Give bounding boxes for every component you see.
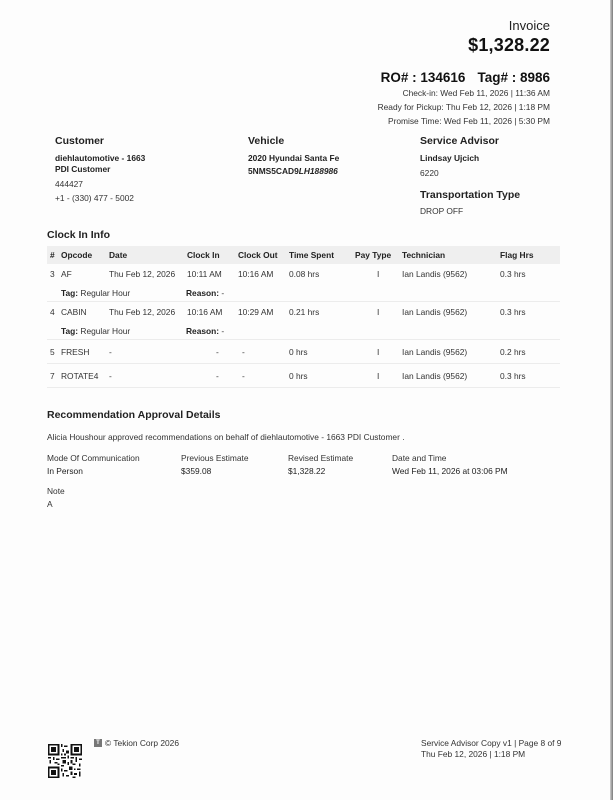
cell-clock-in: 10:11 AM — [187, 269, 238, 279]
tag-value: Regular Hour — [80, 326, 130, 336]
tag-row: Tag: Regular Hour Reason: - — [47, 284, 560, 302]
col-num: # — [47, 250, 61, 260]
cell-date: - — [109, 347, 187, 357]
cell-clock-out: - — [238, 347, 289, 357]
note-value: A — [47, 498, 532, 511]
previous-estimate: Previous Estimate $359.08 — [181, 452, 288, 478]
cell-num: 3 — [47, 269, 61, 279]
table-row: 7 ROTATE4 - - - 0 hrs I Ian Landis (9562… — [47, 364, 560, 388]
recommendation-title: Recommendation Approval Details — [47, 409, 220, 421]
table-row: 5 FRESH - - - 0 hrs I Ian Landis (9562) … — [47, 340, 560, 364]
vin-suffix: LH188986 — [299, 166, 338, 176]
transport-value: DROP OFF — [420, 205, 520, 217]
cell-date: Thu Feb 12, 2026 — [109, 269, 187, 279]
field-value: $359.08 — [181, 465, 288, 478]
col-pay-type: Pay Type — [355, 250, 402, 260]
cell-date: - — [109, 371, 187, 381]
col-time-spent: Time Spent — [289, 250, 355, 260]
copyright: T © Tekion Corp 2026 — [94, 738, 179, 748]
cell-opcode: FRESH — [61, 347, 109, 357]
cell-clock-in: - — [187, 371, 238, 381]
col-flag-hrs: Flag Hrs — [500, 250, 550, 260]
col-clock-in: Clock In — [187, 250, 238, 260]
cell-num: 7 — [47, 371, 61, 381]
reason-value: - — [221, 288, 224, 298]
customer-block: Customer diehlautomotive - 1663 PDI Cust… — [55, 135, 145, 204]
table-header: # Opcode Date Clock In Clock Out Time Sp… — [47, 246, 560, 264]
col-technician: Technician — [402, 250, 500, 260]
copyright-text: © Tekion Corp 2026 — [105, 738, 179, 748]
vehicle-vin: 5NMS5CAD9LH188986 — [248, 166, 339, 177]
cell-pay-type: I — [355, 307, 402, 317]
customer-phone: +1 - (330) 477 - 5002 — [55, 192, 145, 204]
transport-title: Transportation Type — [420, 189, 520, 202]
cell-time-spent: 0.08 hrs — [289, 269, 355, 279]
cell-time-spent: 0.21 hrs — [289, 307, 355, 317]
field-value: $1,328.22 — [288, 465, 392, 478]
tag-label: Tag: — [61, 288, 78, 298]
cell-flag-hrs: 0.3 hrs — [500, 307, 550, 317]
cell-date: Thu Feb 12, 2026 — [109, 307, 187, 317]
cell-flag-hrs: 0.3 hrs — [500, 269, 550, 279]
check-in: Check-in: Wed Feb 11, 2026 | 11:36 AM — [378, 86, 550, 100]
cell-clock-out: 10:16 AM — [238, 269, 289, 279]
col-opcode: Opcode — [61, 250, 109, 260]
field-value: In Person — [47, 465, 181, 478]
cell-pay-type: I — [355, 371, 402, 381]
cell-opcode: ROTATE4 — [61, 371, 109, 381]
ready-for-pickup: Ready for Pickup: Thu Feb 12, 2026 | 1:1… — [378, 100, 550, 114]
cell-clock-in: 10:16 AM — [187, 307, 238, 317]
mode-of-communication: Mode Of Communication In Person — [47, 452, 181, 478]
vehicle-title: Vehicle — [248, 135, 339, 148]
cell-opcode: AF — [61, 269, 109, 279]
revised-estimate: Revised Estimate $1,328.22 — [288, 452, 392, 478]
advisor-name: Lindsay Ujcich — [420, 153, 520, 164]
vin-prefix: 5NMS5CAD9 — [248, 166, 299, 176]
cell-clock-out: 10:29 AM — [238, 307, 289, 317]
reason-label: Reason: — [186, 326, 219, 336]
table-row: 4 CABIN Thu Feb 12, 2026 10:16 AM 10:29 … — [47, 302, 560, 322]
cell-clock-in: - — [187, 347, 238, 357]
field-label: Date and Time — [392, 452, 532, 465]
advisor-id: 6220 — [420, 167, 520, 179]
cell-time-spent: 0 hrs — [289, 371, 355, 381]
note: Note A — [47, 485, 532, 511]
qr-code-icon — [48, 742, 82, 780]
recommendation-block: Alicia Houshour approved recommendations… — [47, 431, 532, 511]
cell-technician: Ian Landis (9562) — [402, 269, 500, 279]
tag-number: Tag# : 8986 — [477, 70, 550, 85]
field-label: Previous Estimate — [181, 452, 288, 465]
reason: Reason: - — [186, 288, 224, 298]
table-row: 3 AF Thu Feb 12, 2026 10:11 AM 10:16 AM … — [47, 264, 560, 284]
col-date: Date — [109, 250, 187, 260]
reason: Reason: - — [186, 326, 224, 336]
footer-right: Service Advisor Copy v1 | Page 8 of 9 Th… — [421, 738, 561, 760]
cell-technician: Ian Landis (9562) — [402, 347, 500, 357]
vehicle-block: Vehicle 2020 Hyundai Santa Fe 5NMS5CAD9L… — [248, 135, 339, 177]
field-label: Mode Of Communication — [47, 452, 181, 465]
doc-type: Invoice — [378, 18, 550, 34]
cell-technician: Ian Landis (9562) — [402, 371, 500, 381]
service-advisor-block: Service Advisor Lindsay Ujcich 6220 Tran… — [420, 135, 520, 217]
invoice-amount: $1,328.22 — [378, 34, 550, 56]
cell-pay-type: I — [355, 347, 402, 357]
cell-flag-hrs: 0.3 hrs — [500, 371, 550, 381]
clock-in-title: Clock In Info — [47, 229, 110, 241]
cell-num: 5 — [47, 347, 61, 357]
vehicle-model: 2020 Hyundai Santa Fe — [248, 153, 339, 164]
field-value: Wed Feb 11, 2026 at 03:06 PM — [392, 465, 532, 478]
cell-flag-hrs: 0.2 hrs — [500, 347, 550, 357]
cell-clock-out: - — [238, 371, 289, 381]
ro-number: RO# : 134616 — [381, 70, 466, 85]
tekion-logo-icon: T — [94, 739, 102, 747]
cell-opcode: CABIN — [61, 307, 109, 317]
ro-tag-line: RO# : 134616Tag# : 8986 — [378, 69, 550, 86]
cell-pay-type: I — [355, 269, 402, 279]
customer-id: 444427 — [55, 178, 145, 190]
cell-time-spent: 0 hrs — [289, 347, 355, 357]
reason-label: Reason: — [186, 288, 219, 298]
copy-info: Service Advisor Copy v1 | Page 8 of 9 — [421, 738, 561, 749]
customer-name-2: PDI Customer — [55, 164, 145, 175]
date-and-time: Date and Time Wed Feb 11, 2026 at 03:06 … — [392, 452, 532, 478]
tag-label: Tag: — [61, 326, 78, 336]
tag-row: Tag: Regular Hour Reason: - — [47, 322, 560, 340]
printed-at: Thu Feb 12, 2026 | 1:18 PM — [421, 749, 561, 760]
tag-value: Regular Hour — [80, 288, 130, 298]
reason-value: - — [221, 326, 224, 336]
approval-statement: Alicia Houshour approved recommendations… — [47, 431, 532, 443]
approval-fields: Mode Of Communication In Person Previous… — [47, 452, 532, 478]
col-clock-out: Clock Out — [238, 250, 289, 260]
advisor-title: Service Advisor — [420, 135, 520, 148]
invoice-header: Invoice $1,328.22 RO# : 134616Tag# : 898… — [378, 18, 550, 128]
promise-time: Promise Time: Wed Feb 11, 2026 | 5:30 PM — [378, 114, 550, 128]
cell-technician: Ian Landis (9562) — [402, 307, 500, 317]
customer-name-1: diehlautomotive - 1663 — [55, 153, 145, 164]
note-label: Note — [47, 485, 532, 498]
field-label: Revised Estimate — [288, 452, 392, 465]
customer-title: Customer — [55, 135, 145, 148]
clock-in-table: # Opcode Date Clock In Clock Out Time Sp… — [47, 246, 560, 388]
cell-num: 4 — [47, 307, 61, 317]
